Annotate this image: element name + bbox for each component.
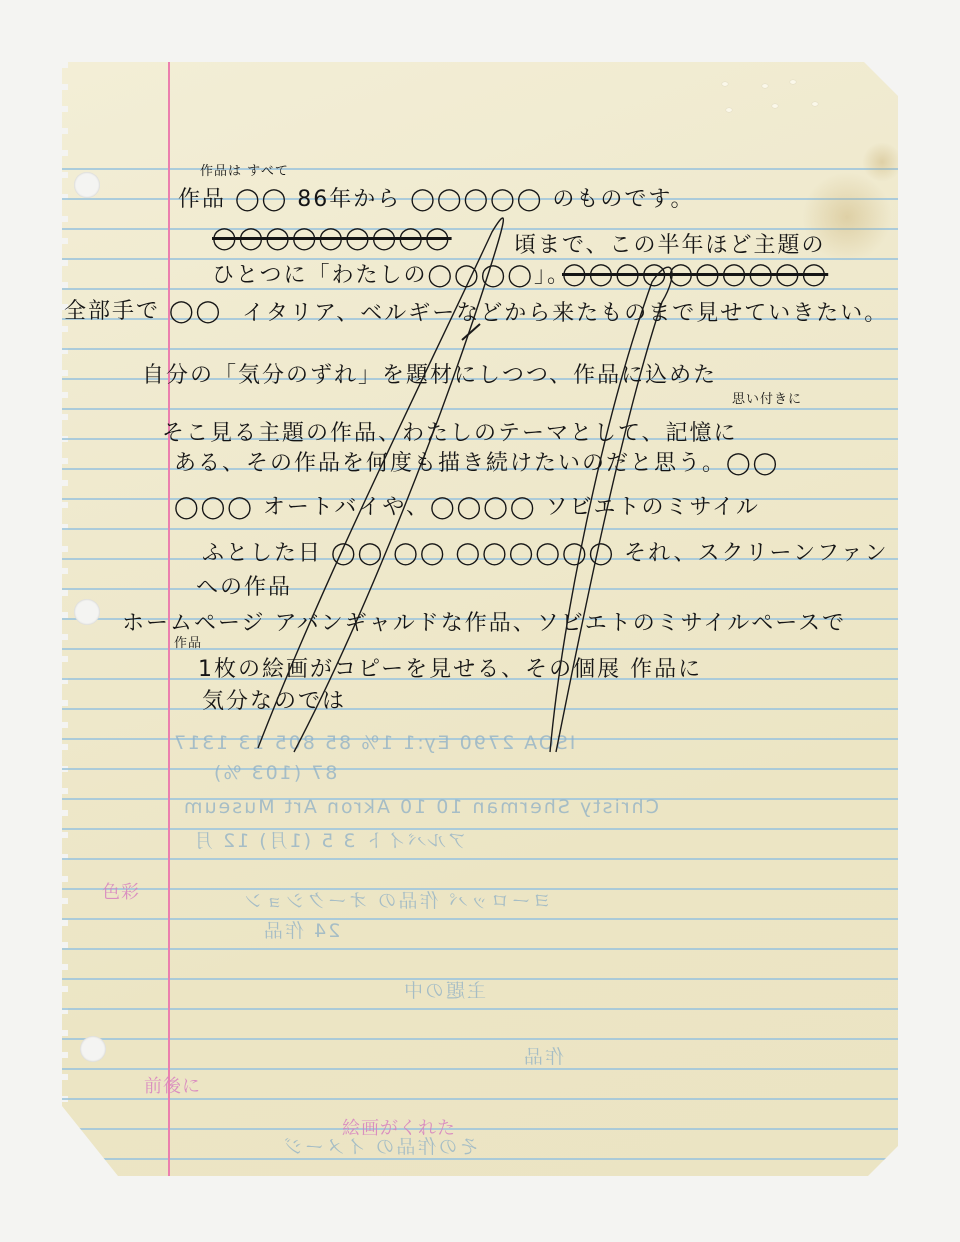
crossout-loops [62, 62, 898, 1176]
crossout-loop-left [258, 218, 503, 752]
crossout-loop-right [550, 267, 672, 752]
notebook-paper: ISOA 2790 Ey:1 1% 85 805 13 1317 87 (103… [62, 62, 898, 1176]
